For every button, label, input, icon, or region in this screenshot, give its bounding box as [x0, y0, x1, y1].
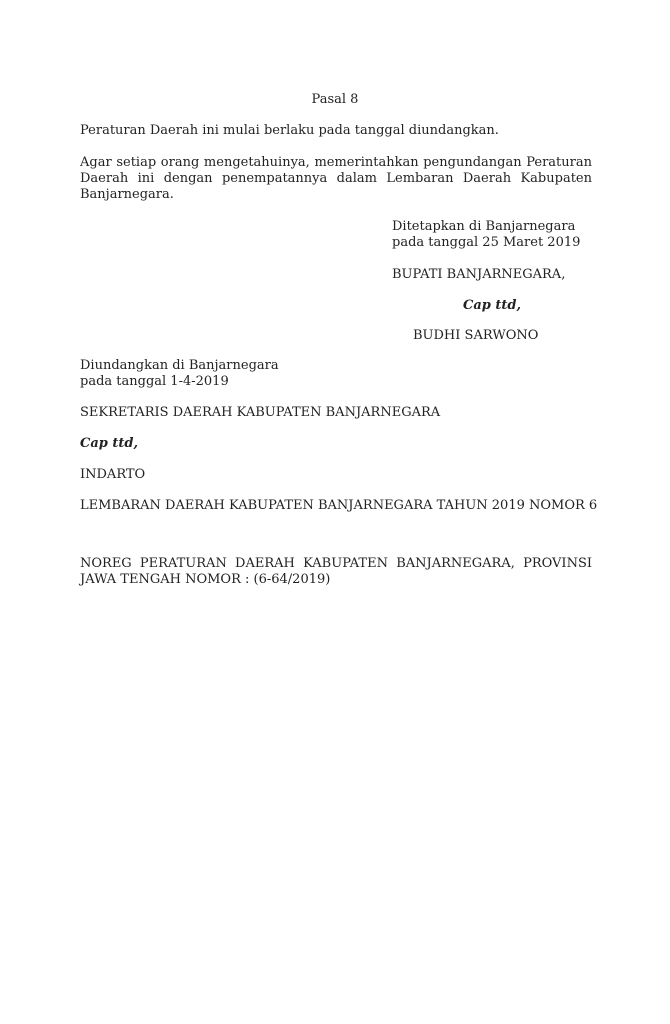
promulgation-place: Diundangkan di Banjarnegara [80, 358, 279, 374]
document-page: Pasal 8 Peraturan Daerah ini mulai berla… [0, 0, 670, 1024]
enactment-signatory-name: BUDHI SARWONO [413, 328, 538, 344]
enactment-stamp: Cap ttd, [463, 298, 521, 314]
gazette-line: LEMBARAN DAERAH KABUPATEN BANJARNEGARA T… [80, 498, 597, 514]
enactment-place: Ditetapkan di Banjarnegara [392, 219, 575, 235]
promulgation-official-title: SEKRETARIS DAERAH KABUPATEN BANJARNEGARA [80, 405, 440, 421]
enactment-date: pada tanggal 25 Maret 2019 [392, 235, 580, 251]
article-paragraph-1: Peraturan Daerah ini mulai berlaku pada … [80, 123, 592, 139]
article-paragraph-2: Agar setiap orang mengetahuinya, memerin… [80, 155, 592, 203]
promulgation-signatory-name: INDARTO [80, 467, 145, 483]
promulgation-stamp: Cap ttd, [80, 436, 138, 452]
registration-number: NOREG PERATURAN DAERAH KABUPATEN BANJARN… [80, 556, 592, 588]
article-title: Pasal 8 [0, 92, 670, 108]
promulgation-date: pada tanggal 1-4-2019 [80, 374, 229, 390]
enactment-official-title: BUPATI BANJARNEGARA, [392, 267, 565, 283]
